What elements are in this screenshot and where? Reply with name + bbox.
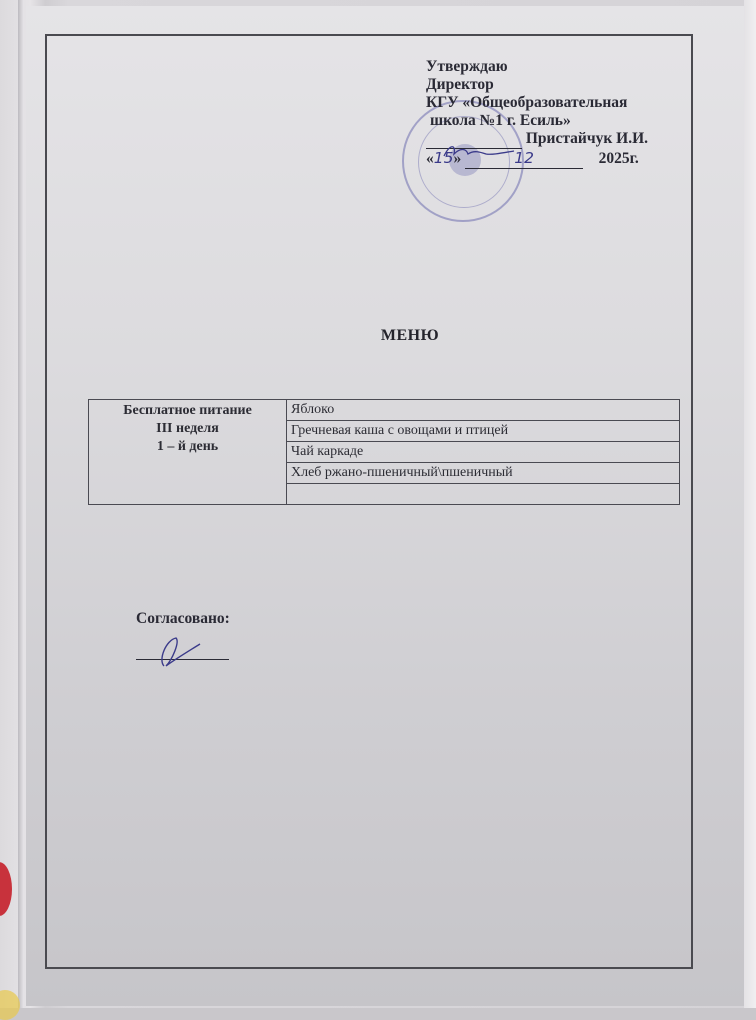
approval-organization-cont: школа №1 г. Есиль»	[426, 112, 648, 130]
menu-item: Яблоко	[287, 400, 680, 421]
approval-organization: КГУ «Общеобразовательная	[426, 94, 648, 112]
meal-day: 1 – й день	[93, 438, 282, 456]
table-row: Бесплатное питание III неделя 1 – й день…	[89, 400, 680, 421]
director-name: Пристайчук И.И.	[526, 130, 648, 147]
approval-heading: Утверждаю	[426, 58, 648, 76]
approval-position: Директор	[426, 76, 648, 94]
meal-week: III неделя	[93, 420, 282, 438]
page-title: МЕНЮ	[0, 327, 756, 345]
agreed-label: Согласовано:	[136, 610, 230, 628]
meal-type: Бесплатное питание	[93, 402, 282, 420]
date-quote-open: «	[426, 150, 434, 167]
date-year: 2025г.	[599, 150, 639, 167]
plastic-sleeve-edge	[18, 0, 24, 1008]
director-signature-icon	[440, 142, 520, 162]
agreed-signature-icon	[150, 636, 210, 670]
menu-item: Чай каркаде	[287, 442, 680, 463]
page-right-edge	[744, 0, 756, 1008]
menu-table: Бесплатное питание III неделя 1 – й день…	[88, 399, 680, 505]
menu-item-empty	[287, 484, 680, 505]
menu-item: Гречневая каша с овощами и птицей	[287, 421, 680, 442]
menu-item: Хлеб ржано-пшеничный\пшеничный	[287, 463, 680, 484]
meal-label-cell: Бесплатное питание III неделя 1 – й день	[89, 400, 287, 505]
